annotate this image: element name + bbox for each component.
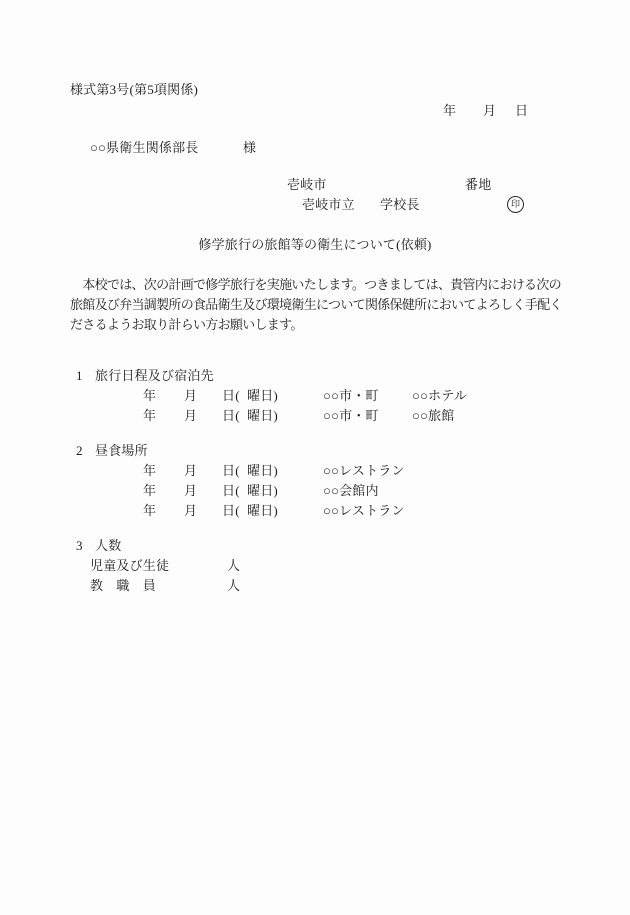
- sender-banchi: 番地: [465, 177, 491, 192]
- date-month-label: 月: [483, 103, 496, 118]
- document-title: 修学旅行の旅館等の衛生について(依頼): [0, 237, 630, 252]
- year-label: 年: [143, 503, 156, 518]
- day-label: 日(: [222, 463, 240, 478]
- month-label: 月: [184, 483, 197, 498]
- section-number: 1: [76, 368, 83, 383]
- sender-school-title: 学校長: [380, 197, 420, 212]
- sender-school-prefix: 壱岐市立: [302, 197, 355, 212]
- facility-name: ○○ホテル: [412, 388, 467, 403]
- date-year-label: 年: [443, 103, 456, 118]
- seal-stamp-icon: 印: [507, 196, 524, 213]
- year-label: 年: [143, 483, 156, 498]
- day-label: 日(: [222, 503, 240, 518]
- section-number: 3: [76, 538, 83, 553]
- form-number: 様式第3号(第5項関係): [70, 82, 198, 97]
- headcount-unit: 人: [227, 558, 240, 573]
- headcount-label: 教 職 員: [90, 578, 156, 593]
- body-line: 本校では、次の計画で修学旅行を実施いたします。つきましては、貴管内における次の: [70, 277, 561, 292]
- facility-name: ○○会館内: [323, 483, 379, 498]
- day-label: 日(: [222, 388, 240, 403]
- headcount-unit: 人: [227, 578, 240, 593]
- recipient-honorific: 様: [243, 140, 256, 155]
- year-label: 年: [143, 463, 156, 478]
- month-label: 月: [184, 463, 197, 478]
- document-page: 様式第3号(第5項関係) 年 月 日 ○○県衛生関係部長 様 壱岐市 番地 壱岐…: [0, 0, 630, 915]
- section-heading: 人数: [95, 538, 121, 553]
- section-heading: 旅行日程及び宿泊先: [95, 368, 214, 383]
- place-name: ○○市・町: [323, 388, 379, 403]
- day-label: 日(: [222, 483, 240, 498]
- place-name: ○○市・町: [323, 408, 379, 423]
- body-line: 旅館及び弁当調製所の食品衛生及び環境衛生について関係保健所においてよろしく手配く: [70, 297, 562, 312]
- body-line: ださるようお取り計らい方お願いします。: [70, 317, 303, 332]
- weekday-label: 曜日): [247, 463, 278, 478]
- seal-char: 印: [511, 199, 520, 209]
- section-heading: 昼食場所: [95, 443, 148, 458]
- sender-city: 壱岐市: [287, 177, 327, 192]
- weekday-label: 曜日): [247, 483, 278, 498]
- headcount-label: 児童及び生徒: [90, 558, 169, 573]
- date-day-label: 日: [515, 103, 528, 118]
- month-label: 月: [184, 388, 197, 403]
- month-label: 月: [184, 408, 197, 423]
- weekday-label: 曜日): [247, 388, 278, 403]
- weekday-label: 曜日): [247, 503, 278, 518]
- section-number: 2: [76, 443, 83, 458]
- weekday-label: 曜日): [247, 408, 278, 423]
- month-label: 月: [184, 503, 197, 518]
- year-label: 年: [143, 408, 156, 423]
- recipient-name: ○○県衛生関係部長: [90, 140, 199, 155]
- facility-name: ○○旅館: [412, 408, 455, 423]
- facility-name: ○○レストラン: [323, 503, 405, 518]
- day-label: 日(: [222, 408, 240, 423]
- facility-name: ○○レストラン: [323, 463, 405, 478]
- year-label: 年: [143, 388, 156, 403]
